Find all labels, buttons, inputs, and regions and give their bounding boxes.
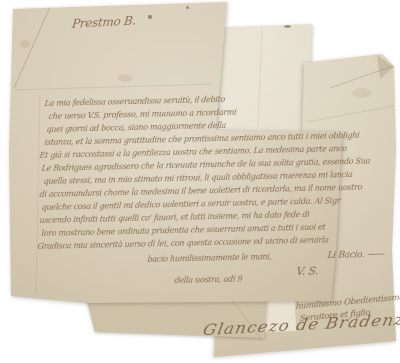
ink-speck: [186, 6, 189, 9]
handwriting-line: quei giorni ad bocca, siano maggiormente…: [46, 121, 226, 134]
handwriting-line: che uerso V.S. professo, mi muouono a ri…: [48, 108, 237, 121]
handwriting-line: La mia fedelissa osseruandissa seruitù, …: [44, 95, 225, 108]
foxing-spot: [352, 88, 372, 98]
salutation-handwriting: Prestmo B.: [71, 14, 137, 31]
handwriting-line: Gradisca mia sincerità uerso di lei, con…: [37, 235, 329, 251]
handwriting-line: uscendo infiniti tutti quelli co' fauori…: [39, 210, 310, 225]
foxing-spot: [20, 40, 30, 48]
photo-of-handwritten-letter: Prestmo B. La mia fedelissa osseruandiss…: [0, 0, 400, 363]
vs-abbreviation: V. S.: [296, 264, 319, 278]
date-line: della uostra, adi 9: [174, 274, 243, 285]
closing-li-bacio: Li Bacio. ——: [327, 250, 385, 261]
foxing-spot: [118, 74, 132, 82]
edge-nick-stain: [284, 25, 291, 28]
closing-line: bacio humilissimamente le mani,: [147, 252, 272, 264]
ink-blot: [148, 15, 152, 19]
